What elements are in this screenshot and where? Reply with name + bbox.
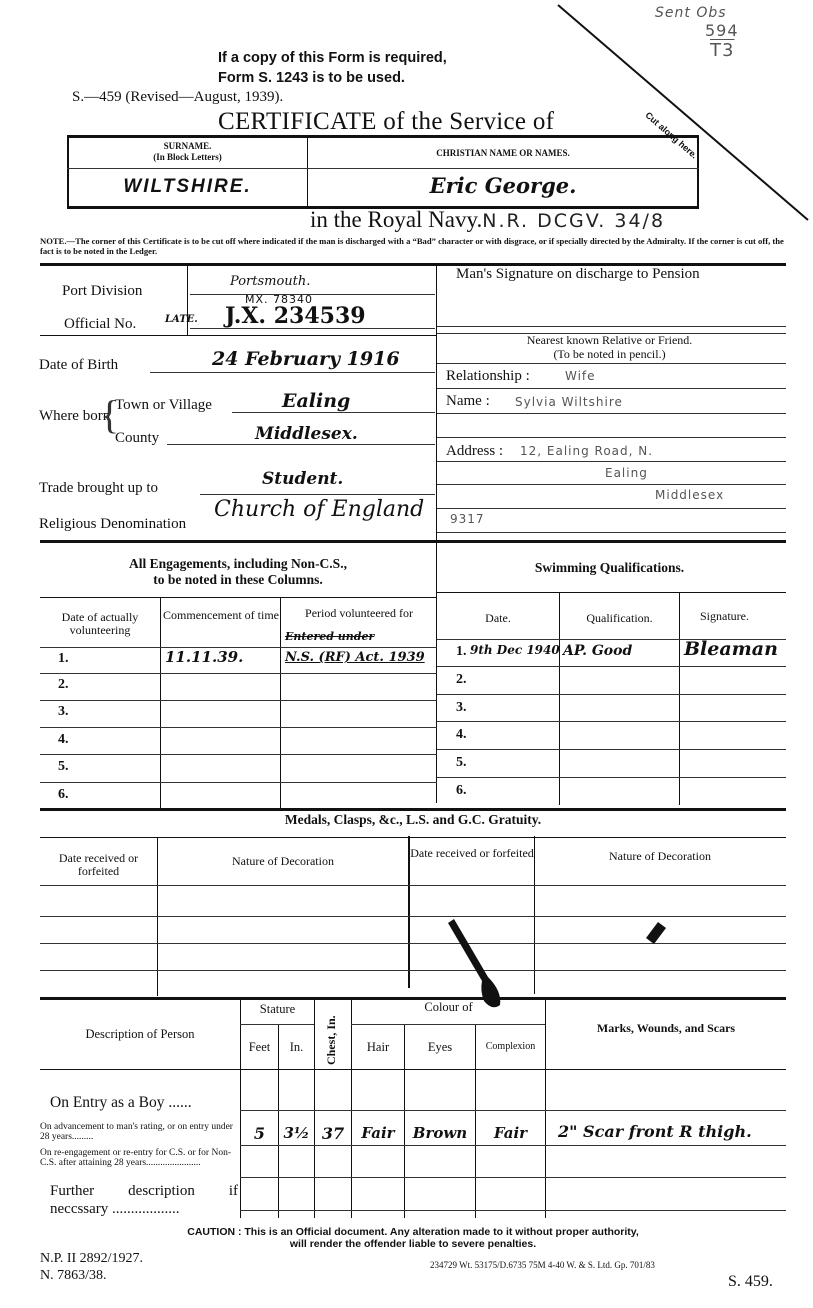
swim-col-signature: Signature. — [700, 609, 749, 624]
eng-row-line — [40, 700, 437, 701]
swim-row-line — [437, 777, 786, 778]
desc-row-line — [240, 1177, 786, 1178]
section2-top — [40, 540, 786, 543]
feet-label: Feet — [241, 1040, 278, 1055]
town-label: Town or Village — [115, 397, 212, 414]
eng-col-period: Period volunteered for — [282, 607, 436, 619]
desc-row-line — [240, 1210, 786, 1211]
form-revision: S.—459 (Revised—August, 1939). — [72, 89, 283, 106]
medal-row-line — [40, 916, 786, 917]
address-line-b — [437, 484, 786, 485]
official-no-label: Official No. — [64, 316, 136, 333]
desc-col-eyes-complexion — [475, 1025, 476, 1218]
medal-col-nature-2: Nature of Decoration — [535, 849, 785, 864]
section3-top — [40, 808, 786, 811]
christian-name-value: Eric George. — [308, 173, 698, 198]
height-feet-value: 5 — [241, 1124, 278, 1143]
royal-navy-text: in the Royal Navy. — [310, 207, 482, 232]
form-number: S. 459. — [728, 1273, 773, 1291]
copy-note: If a copy of this Form is required, Form… — [218, 48, 447, 88]
address-line-1: 12, Ealing Road, N. — [520, 444, 653, 458]
eng-row-num: 4. — [58, 732, 69, 748]
swim-row-num: 6. — [456, 783, 467, 799]
medal-col-nature-1: Nature of Decoration — [158, 854, 408, 869]
desc-header-bottom — [40, 1069, 786, 1070]
trade-label: Trade brought up to — [39, 480, 158, 497]
signature-line — [437, 326, 786, 327]
address-line-d — [437, 532, 786, 533]
swim-row-num: 5. — [456, 755, 467, 771]
name-box-mid — [67, 168, 699, 169]
surname-sublabel: (In Block Letters) — [68, 152, 307, 163]
trade-line — [200, 494, 435, 495]
religion-label: Religious Denomination — [39, 516, 186, 533]
name-top — [437, 388, 786, 389]
port-division-value: Portsmouth. — [230, 274, 310, 289]
desc-col-3 — [351, 998, 352, 1218]
swim-row-line — [437, 721, 786, 722]
caution-text: CAUTION : This is an Official document. … — [40, 1226, 786, 1250]
copy-note-line1: If a copy of this Form is required, — [218, 48, 447, 68]
swim-row-num: 2. — [456, 672, 467, 688]
relative-name-value: Sylvia Wiltshire — [515, 395, 623, 409]
relative-heading: Nearest known Relative or Friend. (To be… — [437, 333, 782, 361]
swim-date-value: 9th Dec 1940 — [470, 643, 560, 657]
marks-label: Marks, Wounds, and Scars — [546, 1021, 786, 1036]
desc-row-line — [240, 1110, 786, 1111]
engagements-heading: All Engagements, including Non-C.S., to … — [40, 556, 436, 588]
name-box-top — [67, 135, 699, 138]
footer-references: N.P. II 2892/1927. N. 7863/38. — [40, 1250, 143, 1284]
caution-line-1: CAUTION : This is an Official document. … — [40, 1226, 786, 1238]
christian-name-label: CHRISTIAN NAME OR NAMES. — [308, 148, 698, 158]
royal-navy-line: in the Royal Navy.N.R. DCGV. 34/8 — [310, 207, 665, 233]
eng-row-num: 3. — [58, 704, 69, 720]
official-no-line — [190, 328, 435, 329]
relative-name-label: Name : — [446, 393, 490, 410]
medal-col-date-2: Date received or forfeited — [410, 847, 534, 860]
surname-label-text: SURNAME. — [68, 141, 307, 152]
desc-row-label-reengagement: On re-engagement or re-entry for C.S. or… — [40, 1148, 238, 1168]
eyes-label: Eyes — [405, 1040, 475, 1055]
relationship-label: Relationship : — [446, 368, 530, 385]
eng-row-line — [40, 727, 437, 728]
eng-row-line — [40, 673, 437, 674]
dob-line — [150, 372, 435, 373]
swim-row-num: 1. — [456, 644, 467, 660]
dob-value: 24 February 1916 — [212, 348, 400, 370]
relative-subheading: (To be noted in pencil.) — [437, 347, 782, 361]
engagements-header-top — [40, 597, 437, 598]
medal-row-line — [40, 970, 786, 971]
medal-col-date-1: Date received or forfeited — [40, 852, 157, 878]
address-line-4: 9317 — [450, 512, 485, 526]
surname-value: WILTSHIRE. — [68, 176, 307, 198]
marks-value: 2" Scar front R thigh. — [558, 1122, 752, 1141]
county-label: County — [115, 430, 159, 447]
desc-row-label-further: Further description if neccssary .......… — [50, 1182, 238, 1218]
footer-ref-2: N. 7863/38. — [40, 1267, 143, 1284]
county-value: Middlesex. — [255, 424, 358, 444]
eng-row-num: 1. — [58, 651, 69, 667]
port-section-bottom — [40, 335, 437, 336]
hair-value: Fair — [352, 1124, 404, 1142]
official-no-value: J.X. 234539 — [225, 303, 366, 329]
eyes-value: Brown — [405, 1124, 475, 1142]
address-label: Address : — [446, 443, 503, 460]
address-line-a — [437, 461, 786, 462]
relationship-top — [437, 363, 786, 364]
copy-note-line2: Form S. 1243 is to be used. — [218, 68, 447, 88]
address-line-c — [437, 508, 786, 509]
pension-signature-label: Man's Signature on discharge to Pension — [456, 266, 700, 283]
swim-row-line — [437, 666, 786, 667]
address-line-2: Ealing — [605, 466, 648, 480]
surname-label: SURNAME. (In Block Letters) — [68, 141, 307, 163]
swim-row-line — [437, 749, 786, 750]
height-inches-value: 3½ — [279, 1124, 314, 1142]
engagements-heading-2: to be noted in these Columns. — [40, 572, 436, 588]
swim-signature-value: Bleaman — [684, 638, 778, 660]
footer-ref-1: N.P. II 2892/1927. — [40, 1250, 143, 1267]
complexion-label: Complexion — [476, 1041, 545, 1052]
eng-period-value: N.S. (RF) Act. 1939 — [285, 650, 425, 665]
medal-row-line — [40, 885, 786, 886]
note-text: NOTE.—The corner of this Certificate is … — [40, 236, 785, 256]
medals-heading: Medals, Clasps, &c., L.S. and G.C. Gratu… — [40, 812, 786, 828]
desc-row-line — [240, 1145, 786, 1146]
eng-row-num: 5. — [58, 759, 69, 775]
eng-col-date: Date of actually volunteering — [40, 611, 160, 637]
desc-row-label-boy: On Entry as a Boy ...... — [50, 1094, 192, 1112]
swim-row-num: 4. — [456, 727, 467, 743]
eng-row-line — [40, 754, 437, 755]
where-born-label: Where born — [39, 408, 99, 424]
desc-col-1 — [240, 998, 241, 1218]
desc-col-2 — [314, 998, 315, 1218]
caution-line-2: will render the offender liable to sever… — [40, 1238, 786, 1250]
desc-heading: Description of Person — [40, 1027, 240, 1042]
chest-value: 37 — [315, 1124, 351, 1143]
ink-spot-icon — [640, 918, 670, 948]
swim-qualification-value: AP. Good — [563, 643, 632, 659]
address-line-3: Middlesex — [655, 488, 724, 502]
eng-period-above: Entered under — [285, 630, 374, 643]
swim-row-num: 3. — [456, 700, 467, 716]
name-line2 — [437, 413, 786, 414]
town-line — [232, 412, 435, 413]
engagements-heading-1: All Engagements, including Non-C.S., — [40, 556, 436, 572]
medal-row-line — [40, 943, 786, 944]
inches-label: In. — [279, 1040, 314, 1055]
hair-label: Hair — [352, 1040, 404, 1055]
stature-label: Stature — [241, 1002, 314, 1017]
town-value: Ealing — [282, 390, 350, 412]
eng-row-num: 2. — [58, 677, 69, 693]
swim-row-line — [437, 694, 786, 695]
county-line — [167, 444, 435, 445]
complexion-value: Fair — [476, 1124, 545, 1142]
eng-row-num: 6. — [58, 787, 69, 803]
swim-col-qualification: Qualification. — [560, 611, 679, 626]
reserve-annotation: N.R. DCGV. 34/8 — [482, 210, 665, 232]
official-no-late: LATE. — [165, 314, 198, 325]
swim-header-top — [437, 592, 786, 593]
colour-label: Colour of — [352, 1000, 545, 1015]
eng-col-1 — [160, 598, 161, 810]
certificate-title: CERTIFICATE of the Service of — [218, 108, 554, 136]
printer-info: 234729 Wt. 53175/D.6735 75M 4-40 W. & S.… — [430, 1260, 655, 1270]
trade-value: Student. — [262, 469, 343, 489]
eng-col-commencement: Commencement of time — [162, 609, 280, 622]
chest-label: Chest, In. — [324, 1015, 339, 1065]
address-top — [437, 437, 786, 438]
colour-sub-line — [351, 1024, 545, 1025]
eng-row-line — [40, 782, 437, 783]
stature-sub-line — [240, 1024, 314, 1025]
relative-heading-text: Nearest known Relative or Friend. — [437, 333, 782, 347]
relationship-value: Wife — [565, 369, 596, 383]
dob-label: Date of Birth — [39, 357, 118, 374]
eng-commencement-value: 11.11.39. — [165, 648, 243, 666]
eng-col-2 — [280, 598, 281, 810]
desc-row-label-advancement: On advancement to man's rating, or on en… — [40, 1122, 238, 1142]
swimming-heading: Swimming Qualifications. — [437, 560, 782, 576]
swim-col-date: Date. — [437, 611, 559, 626]
swim-col-2 — [679, 593, 680, 805]
religion-value: Church of England — [214, 497, 424, 522]
port-division-label: Port Division — [62, 283, 142, 300]
medals-header-top — [40, 837, 786, 838]
